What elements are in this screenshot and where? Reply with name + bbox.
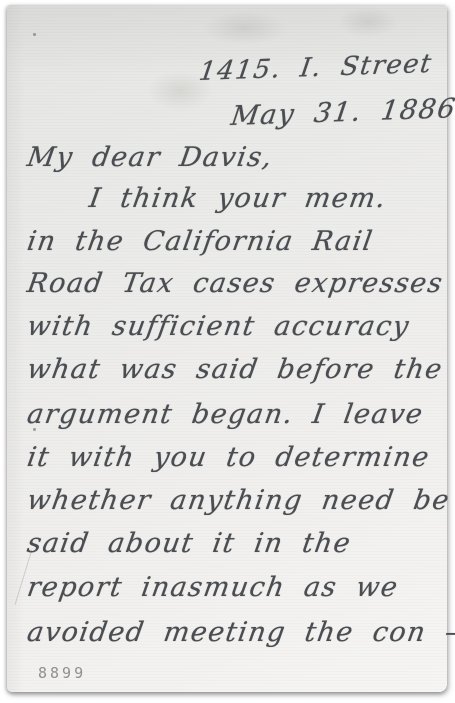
archive-number-stamp: 8899 — [38, 664, 86, 682]
salutation: My dear Davis, — [25, 142, 275, 173]
paper-speck — [33, 33, 36, 36]
body-line: in the California Rail — [25, 226, 376, 257]
body-line: whether anything need be — [25, 485, 452, 516]
body-line: Road Tax cases expresses — [25, 268, 446, 299]
letter-page: 1415. I. Street May 31. 1886 My dear Dav… — [7, 5, 447, 692]
body-line: argument began. I leave — [25, 399, 426, 430]
body-line: I think your mem. — [87, 183, 389, 214]
body-line: avoided meeting the con — — [25, 617, 455, 648]
paper-smudge — [337, 7, 399, 37]
address-line: 1415. I. Street — [197, 49, 434, 87]
body-line: what was said before the — [25, 354, 445, 385]
body-line: report inasmuch as we — [25, 572, 401, 603]
date-line: May 31. 1886 — [229, 93, 455, 132]
body-line: with sufficient accuracy — [25, 311, 412, 342]
scanned-letter: 1415. I. Street May 31. 1886 My dear Dav… — [0, 0, 455, 703]
body-line: it with you to determine — [25, 442, 432, 473]
body-line: said about it in the — [25, 528, 354, 559]
paper-smudge — [202, 11, 287, 45]
